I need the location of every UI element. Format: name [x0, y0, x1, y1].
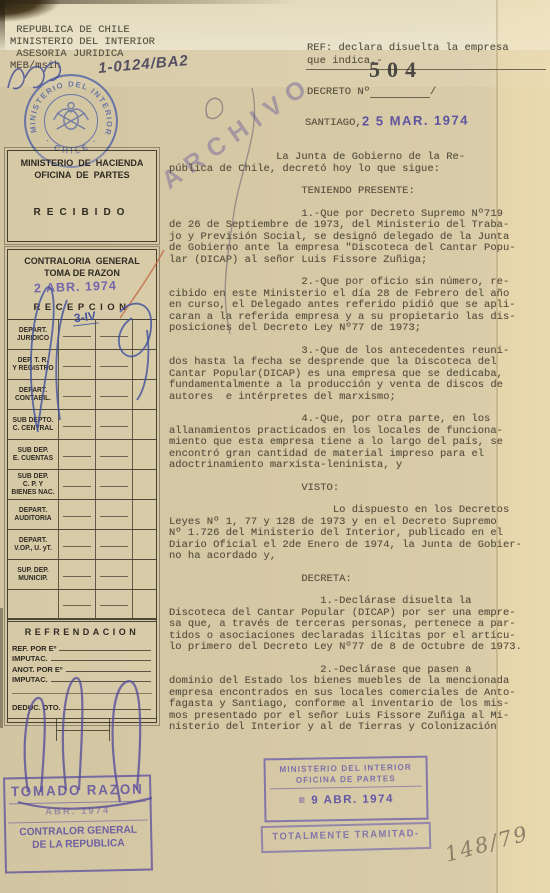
signature-contraloria-icon [31, 287, 151, 432]
handwriting-overlay [0, 0, 550, 893]
scanned-decree-document: REPUBLICA DE CHILE MINISTERIO DEL INTERI… [0, 0, 550, 893]
pen-stroke-center [225, 88, 254, 334]
red-pencil-line [120, 250, 164, 318]
handwritten-initials-icon [8, 62, 60, 88]
pencil-loop [206, 98, 223, 118]
signature-contralor-icon [18, 678, 152, 809]
